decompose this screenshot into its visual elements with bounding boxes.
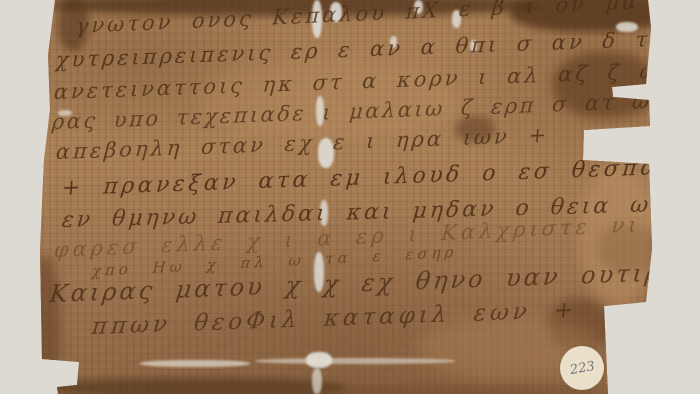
- stain-bottom-right-band: [150, 385, 610, 394]
- inventory-sticker: 223: [560, 346, 604, 390]
- papyrus-photo: γνωτον ονος Κεπαλου πΧ ε β ι ον μα χυτρε…: [0, 0, 700, 394]
- stain-left-strip: [30, 255, 60, 394]
- crack-horizontal-2: [255, 358, 455, 364]
- crack-horizontal-1: [140, 360, 250, 367]
- crack-vertical-6: [312, 368, 322, 394]
- inventory-number: 223: [568, 358, 595, 377]
- papyrus-fragment: γνωτον ονος Κεπαλου πΧ ε β ι ον μα χυτρε…: [0, 0, 700, 394]
